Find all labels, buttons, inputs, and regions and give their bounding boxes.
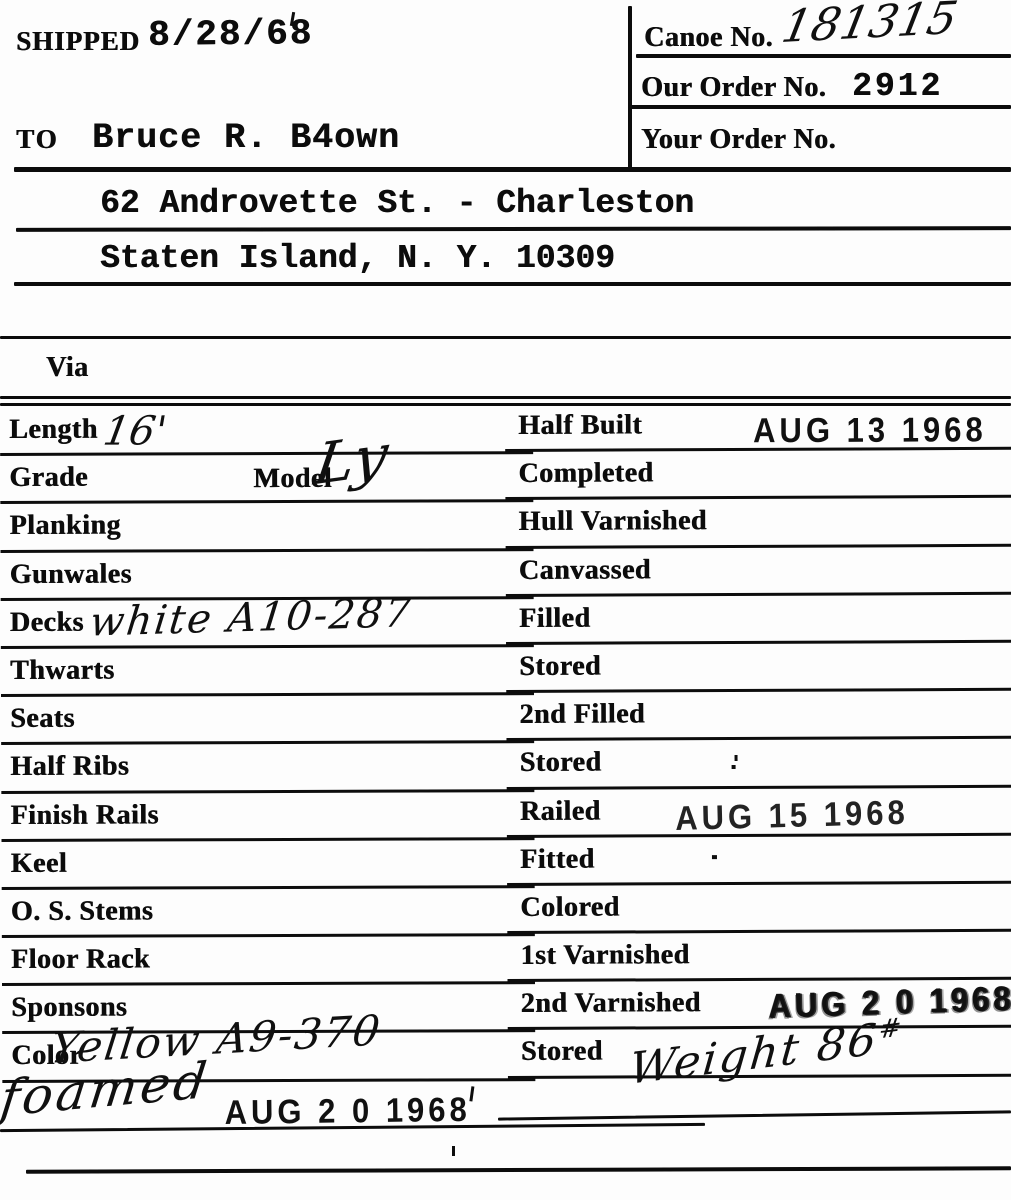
via-label: Via: [46, 352, 88, 384]
address-line-1: 62 Androvette St. - Charleston: [100, 185, 694, 222]
stage-label-stored-2: Stored: [506, 741, 601, 785]
stage-label-hull-varnished: Hull Varnished: [505, 499, 707, 544]
length-handwritten-value: 16': [100, 408, 170, 454]
your-order-no-label: Your Order No.: [641, 124, 836, 156]
stage-label-fitted: Fitted: [507, 837, 595, 881]
stage-label-2nd-varnished: 2nd Varnished: [508, 981, 701, 1026]
stage-label-half-built: Half Built: [505, 403, 642, 448]
shipped-date-value: 8/28/68: [148, 13, 314, 56]
ruled-line: [498, 1110, 1011, 1120]
model-handwritten-value: Ly: [310, 421, 392, 498]
ink-speck: [735, 755, 738, 761]
weight-note-unit: #: [878, 1013, 905, 1046]
ink-speck: [732, 765, 736, 769]
row-stored-1: Stored: [506, 643, 1011, 693]
canoe-no-value: 181315: [778, 0, 962, 53]
row-fitted: Fitted: [507, 835, 1011, 885]
field-label-decks: Decks: [1, 600, 84, 644]
canoe-build-record-card: SHIPPED 8/28/68 Canoe No. 181315 Our Ord…: [0, 0, 1011, 1200]
stage-label-colored: Colored: [507, 885, 620, 929]
ruled-line: [16, 226, 1011, 232]
field-label-finish-rails: Finish Rails: [1, 793, 159, 838]
to-label: TO: [16, 124, 59, 155]
field-label-floor-rack: Floor Rack: [2, 938, 150, 983]
ruled-line: [0, 396, 1011, 399]
stage-label-filled: Filled: [506, 596, 591, 640]
stage-label-2nd-filled: 2nd Filled: [506, 693, 645, 738]
build-record-right-column: Half Built Completed Hull Varnished Canv…: [505, 402, 1011, 1079]
field-label-grade: Grade: [0, 456, 88, 500]
ink-speck: [469, 1086, 474, 1101]
stage-label-completed: Completed: [505, 452, 653, 497]
address-line-2: Staten Island, N. Y. 10309: [100, 240, 615, 277]
our-order-no-label: Our Order No.: [641, 72, 826, 104]
date-stamp-aug-15-1968: AUG 15 1968: [675, 793, 909, 839]
ink-speck: [452, 1146, 455, 1156]
ruled-line: [14, 282, 1011, 286]
to-name-value: Bruce R. B4own: [92, 118, 400, 158]
field-label-keel: Keel: [2, 841, 68, 885]
row-floor-rack: Floor Rack: [2, 936, 535, 986]
row-length: Length: [0, 406, 533, 456]
row-2nd-filled: 2nd Filled: [506, 691, 1011, 741]
row-thwarts: Thwarts: [1, 647, 534, 697]
ruled-line: [26, 1166, 1011, 1173]
canoe-no-label: Canoe No.: [644, 22, 773, 54]
row-completed: Completed: [505, 450, 1011, 500]
build-record-left-column: Length Grade Planking Gunwales Decks Thw…: [0, 406, 535, 1082]
row-keel: Keel: [2, 840, 535, 890]
row-finish-rails: Finish Rails: [1, 792, 534, 842]
ruled-line: [0, 336, 1011, 339]
field-label-half-ribs: Half Ribs: [1, 745, 129, 789]
row-1st-varnished: 1st Varnished: [507, 932, 1011, 982]
row-gunwales: Gunwales: [1, 551, 534, 601]
row-os-stems: O. S. Stems: [2, 888, 535, 938]
field-label-gunwales: Gunwales: [1, 552, 132, 596]
stage-label-1st-varnished: 1st Varnished: [507, 933, 689, 978]
ruled-line: [636, 54, 1011, 58]
our-order-no-value: 2912: [852, 68, 943, 105]
row-half-ribs: Half Ribs: [1, 743, 534, 793]
ruled-line: [14, 167, 1011, 172]
field-label-thwarts: Thwarts: [1, 649, 115, 693]
field-label-length: Length: [0, 408, 98, 452]
row-colored: Colored: [507, 884, 1011, 934]
stage-label-stored-1: Stored: [506, 645, 601, 689]
field-label-seats: Seats: [1, 697, 75, 741]
row-hull-varnished: Hull Varnished: [505, 498, 1011, 548]
field-label-planking: Planking: [0, 504, 121, 548]
row-seats: Seats: [1, 695, 534, 745]
shipped-label: SHIPPED: [16, 26, 140, 57]
stage-label-stored-3: Stored: [508, 1030, 603, 1074]
ruled-line: [630, 105, 1011, 109]
stage-label-canvassed: Canvassed: [506, 548, 651, 593]
ink-speck: [712, 855, 717, 859]
stage-label-railed: Railed: [507, 789, 601, 833]
row-filled: Filled: [506, 595, 1011, 645]
field-label-os-stems: O. S. Stems: [2, 889, 154, 934]
row-canvassed: Canvassed: [506, 546, 1011, 596]
decks-handwritten-value: white A10-287: [88, 590, 415, 646]
row-planking: Planking: [0, 503, 533, 553]
header-divider-line: [628, 6, 632, 170]
row-stored-2: Stored: [506, 739, 1011, 789]
date-stamp-aug-13-1968: AUG 13 1968: [753, 410, 987, 451]
